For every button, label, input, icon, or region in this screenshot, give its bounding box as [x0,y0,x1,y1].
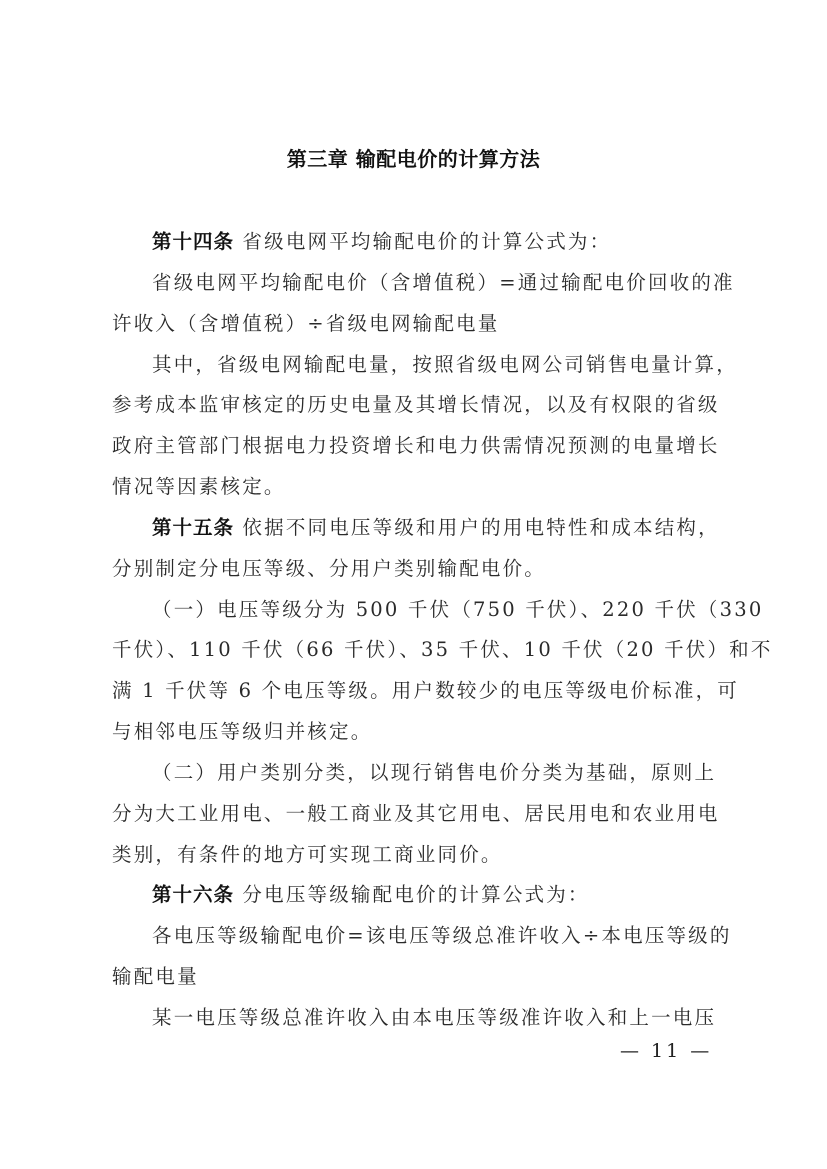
paragraph-line: 参考成本监审核定的历史电量及其增长情况，以及有权限的省级 [112,393,716,417]
paragraph-line: 其中，省级电网输配电量，按照省级电网公司销售电量计算， [152,353,716,377]
paragraph-line: 满 1 千伏等 6 个电压等级。用户数较少的电压等级电价标准，可 [112,679,716,703]
paragraph-line: 情况等因素核定。 [112,475,716,499]
chapter-title: 第三章 输配电价的计算方法 [0,143,827,172]
paragraph-line: 许收入（含增值税）÷省级电网输配电量 [112,312,716,336]
article-15-text: 依据不同电压等级和用户的用电特性和成本结构， [234,516,720,539]
paragraph-line: 政府主管部门根据电力投资增长和电力供需情况预测的电量增长 [112,434,716,458]
paragraph-line: （一）电压等级分为 500 千伏（750 千伏）、220 千伏（330 [152,598,716,622]
article-15-heading: 第十五条 依据不同电压等级和用户的用电特性和成本结构， [152,516,716,540]
paragraph-line: （二）用户类别分类，以现行销售电价分类为基础，原则上 [152,761,716,785]
article-16-heading: 第十六条 分电压等级输配电价的计算公式为： [152,883,716,907]
article-15-label: 第十五条 [152,516,234,539]
paragraph-line: 省级电网平均输配电价（含增值税）=通过输配电价回收的准 [152,271,716,295]
paragraph-line: 分为大工业用电、一般工商业及其它用电、居民用电和农业用电 [112,802,716,826]
paragraph-line: 千伏）、110 千伏（66 千伏）、35 千伏、10 千伏（20 千伏）和不 [112,638,716,662]
article-16-text: 分电压等级输配电价的计算公式为： [234,883,590,906]
article-14-heading: 第十四条 省级电网平均输配电价的计算公式为： [152,230,716,254]
page-number: — 11 — [620,1040,712,1062]
paragraph-line: 类别，有条件的地方可实现工商业同价。 [112,843,716,867]
paragraph-line: 输配电量 [112,965,716,989]
article-16-label: 第十六条 [152,883,234,906]
paragraph-line: 某一电压等级总准许收入由本电压等级准许收入和上一电压 [152,1006,716,1030]
paragraph-line: 分别制定分电压等级、分用户类别输配电价。 [112,557,716,581]
article-14-text: 省级电网平均输配电价的计算公式为： [234,230,611,253]
paragraph-line: 与相邻电压等级归并核定。 [112,720,716,744]
article-14-label: 第十四条 [152,230,234,253]
paragraph-line: 各电压等级输配电价=该电压等级总准许收入÷本电压等级的 [152,924,716,948]
document-page: 第三章 输配电价的计算方法 第十四条 省级电网平均输配电价的计算公式为： 省级电… [0,0,827,1169]
